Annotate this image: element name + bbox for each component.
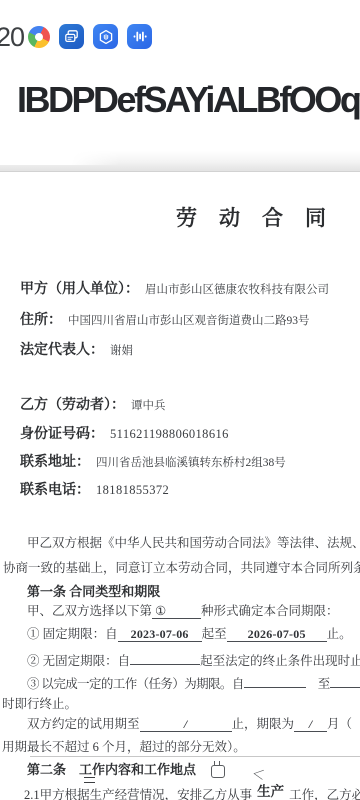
probation-cont: 用期最长不超过 6 个月，超过的部分无效）。 — [2, 740, 246, 755]
preamble-line-2: 协商一致的基础上，同意订立本劳动合同，共同遵守本合同所列条款 — [3, 561, 360, 576]
party-b-row: 乙方（劳动者）：谭中兵 — [20, 398, 166, 414]
task-term-blank2 — [330, 674, 360, 688]
probation-suffix: 月（ — [327, 717, 352, 731]
clause-21-handwritten-fill: 生产 — [257, 784, 284, 799]
task-term-mid: 至 — [318, 677, 330, 691]
address-label: 住所： — [20, 313, 62, 328]
status-time: 20 — [0, 22, 24, 53]
party-b-value: 谭中兵 — [131, 400, 166, 412]
task-term-line: ③ 以完成一定的工作（任务）为期限。自至 — [27, 674, 360, 692]
contact-address-label: 联系地址： — [20, 455, 90, 470]
address-row: 住所：中国四川省眉山市彭山区观音街道费山二路93号 — [20, 313, 310, 329]
party-a-value: 眉山市彭山区德康农牧科技有限公司 — [145, 284, 329, 296]
article1-heading: 第一条 合同类型和期限 — [27, 584, 160, 599]
caret-annotation: ＜ — [251, 763, 267, 784]
clause-21-line: 2.1甲方根据生产经营情况，安排乙方从事生产工作，乙方必须 — [24, 787, 360, 800]
fixed-term-suffix: 止。 — [327, 627, 352, 641]
start-date-blank: 2023-07-06 — [118, 628, 202, 642]
contract-title: 劳动合同 — [176, 211, 348, 226]
status-bar: 20 — [0, 22, 360, 54]
double-underline-mark — [84, 777, 95, 783]
id-number-value: 511621198806018616 — [110, 427, 229, 441]
term-choice-prefix: 甲、乙双方选择以下第 — [27, 604, 152, 618]
open-term-line: ② 无固定期限：自起至法定的终止条件出现时止 — [27, 651, 360, 669]
stamp-mark-icon — [211, 765, 225, 778]
open-term-suffix: 起至法定的终止条件出现时止 — [200, 654, 360, 668]
address-value: 中国四川省眉山市彭山区观音街道费山二路93号 — [68, 315, 310, 327]
color-pinwheel-icon[interactable] — [24, 22, 53, 51]
party-b-label: 乙方（劳动者）： — [20, 398, 125, 413]
voice-waveform-icon[interactable] — [127, 24, 152, 49]
party-a-label: 甲方（用人单位）： — [20, 282, 139, 297]
task-term-prefix: ③ 以完成一定的工作（任务）为期限。自 — [27, 677, 244, 691]
id-number-row: 身份证号码：511621198806018616 — [20, 427, 229, 442]
legal-rep-value: 谢娟 — [110, 345, 133, 357]
fixed-term-mid: 起至 — [202, 627, 227, 641]
hexagon-hand-glyph — [98, 29, 114, 45]
fixed-term-line: ① 固定期限：自2023-07-06起至2026-07-05止。 — [27, 627, 352, 642]
stacked-cards-icon[interactable] — [59, 24, 84, 49]
task-term-blank1 — [244, 674, 306, 688]
party-a-row: 甲方（用人单位）：眉山市彭山区德康农牧科技有限公司 — [20, 282, 329, 298]
probation-blank1: / — [140, 718, 232, 732]
section-rule — [30, 756, 360, 757]
term-choice-blank: ① — [152, 605, 201, 619]
contact-address-value: 四川省岳池县临溪镇转东桥村2组38号 — [96, 457, 286, 469]
task-term-cont: 时即行终止。 — [2, 697, 77, 712]
legal-rep-row: 法定代表人：谢娟 — [20, 343, 133, 359]
stacked-cards-glyph — [64, 29, 79, 44]
open-term-blank — [130, 651, 200, 665]
voice-waveform-glyph — [132, 29, 147, 44]
clause-21-suffix: 工作，乙方必须 — [289, 788, 360, 800]
probation-blank2: / — [294, 718, 327, 732]
legal-rep-label: 法定代表人： — [20, 343, 104, 358]
phone-row: 联系电话：18181855372 — [20, 483, 169, 498]
probation-mid: 止，期限为 — [232, 717, 295, 731]
probation-line: 双方约定的试用期至/止，期限为/月（ — [27, 717, 352, 732]
preamble-line-1: 甲乙双方根据《中华人民共和国劳动合同法》等法律、法规、规 — [27, 536, 360, 551]
article2-heading: 第二条 工作内容和工作地点 — [27, 762, 196, 777]
contact-address-row: 联系地址：四川省岳池县临溪镇转东桥村2组38号 — [20, 455, 286, 471]
header-divider — [0, 151, 360, 172]
end-date-blank: 2026-07-05 — [227, 628, 327, 642]
term-choice-line: 甲、乙双方选择以下第①种形式确定本合同期限： — [27, 604, 339, 619]
term-choice-suffix: 种形式确定本合同期限： — [201, 604, 339, 618]
document-name: IBDPDefSAYiALBfOOqtr — [17, 79, 360, 121]
id-number-label: 身份证号码： — [20, 427, 104, 442]
hexagon-hand-icon[interactable] — [93, 24, 118, 49]
phone-value: 18181855372 — [96, 483, 169, 497]
probation-prefix: 双方约定的试用期至 — [27, 717, 140, 731]
phone-label: 联系电话： — [20, 483, 90, 498]
screen: 20 — [0, 0, 360, 800]
fixed-term-prefix: ① 固定期限：自 — [27, 627, 118, 641]
clause-21-prefix: 2.1甲方根据生产经营情况，安排乙方从事 — [24, 788, 252, 800]
open-term-prefix: ② 无固定期限：自 — [27, 654, 130, 668]
floating-app-icons — [28, 24, 152, 49]
